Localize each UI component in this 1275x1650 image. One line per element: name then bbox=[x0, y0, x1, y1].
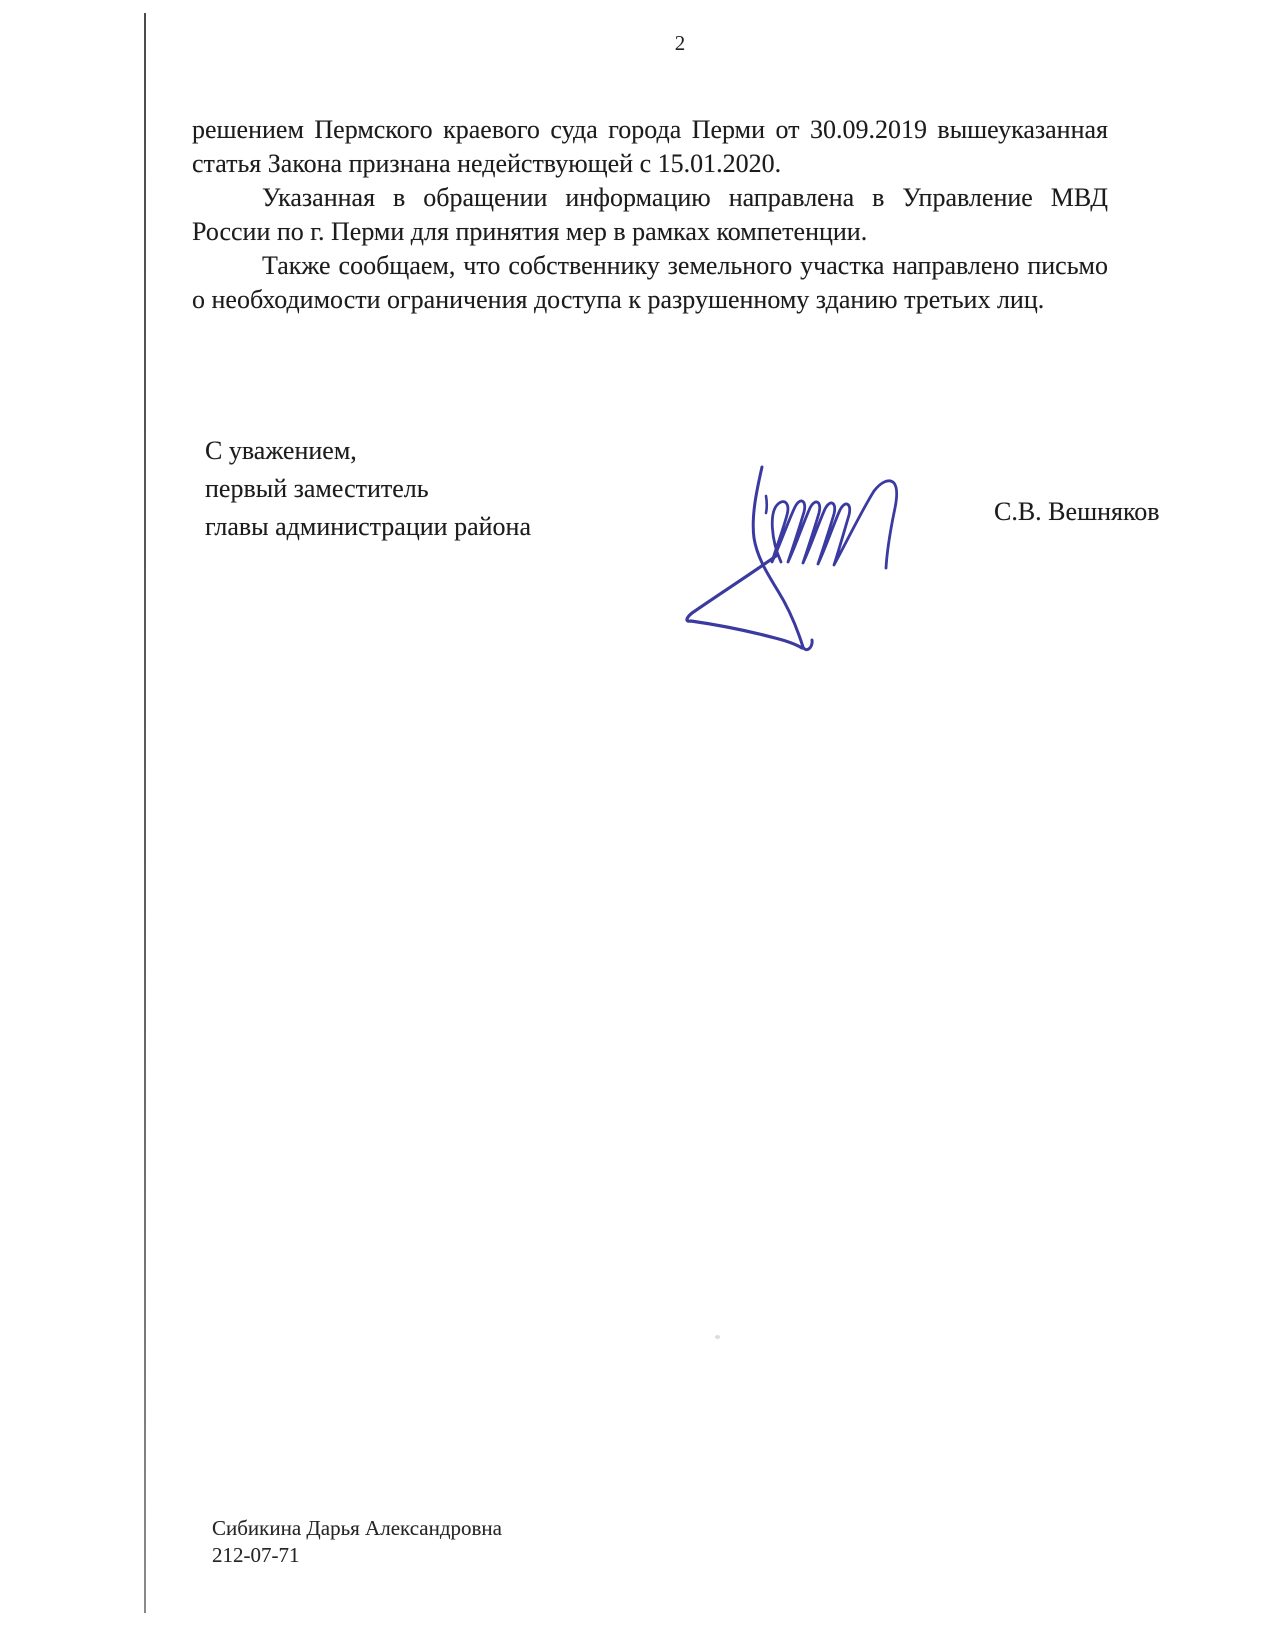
scan-speck-artifact bbox=[715, 1335, 720, 1339]
scan-edge-artifact-line bbox=[144, 13, 146, 1613]
signoff-title-line-2: главы администрации района bbox=[205, 508, 685, 546]
executor-phone: 212-07-71 bbox=[212, 1542, 502, 1569]
body-line: решением Пермского краевого суда города … bbox=[192, 113, 1108, 147]
letter-body: решением Пермского краевого суда города … bbox=[192, 113, 1108, 317]
handwritten-signature bbox=[640, 430, 940, 680]
signoff-block: С уважением, первый заместитель главы ад… bbox=[205, 432, 685, 546]
executor-block: Сибикина Дарья Александровна 212-07-71 bbox=[212, 1515, 502, 1569]
executor-name: Сибикина Дарья Александровна bbox=[212, 1515, 502, 1542]
signoff-salutation: С уважением, bbox=[205, 432, 685, 470]
scanned-letter-page: 2 решением Пермского краевого суда город… bbox=[0, 0, 1275, 1650]
signer-name: С.В. Вешняков bbox=[994, 497, 1160, 527]
page-number: 2 bbox=[640, 31, 720, 56]
body-line: статья Закона признана недействующей с 1… bbox=[192, 147, 1108, 181]
body-line: Также сообщаем, что собственнику земельн… bbox=[192, 249, 1108, 283]
body-line: Указанная в обращении информацию направл… bbox=[192, 181, 1108, 215]
body-line: России по г. Перми для принятия мер в ра… bbox=[192, 215, 1108, 249]
signoff-title-line-1: первый заместитель bbox=[205, 470, 685, 508]
body-line: о необходимости ограничения доступа к ра… bbox=[192, 283, 1108, 317]
